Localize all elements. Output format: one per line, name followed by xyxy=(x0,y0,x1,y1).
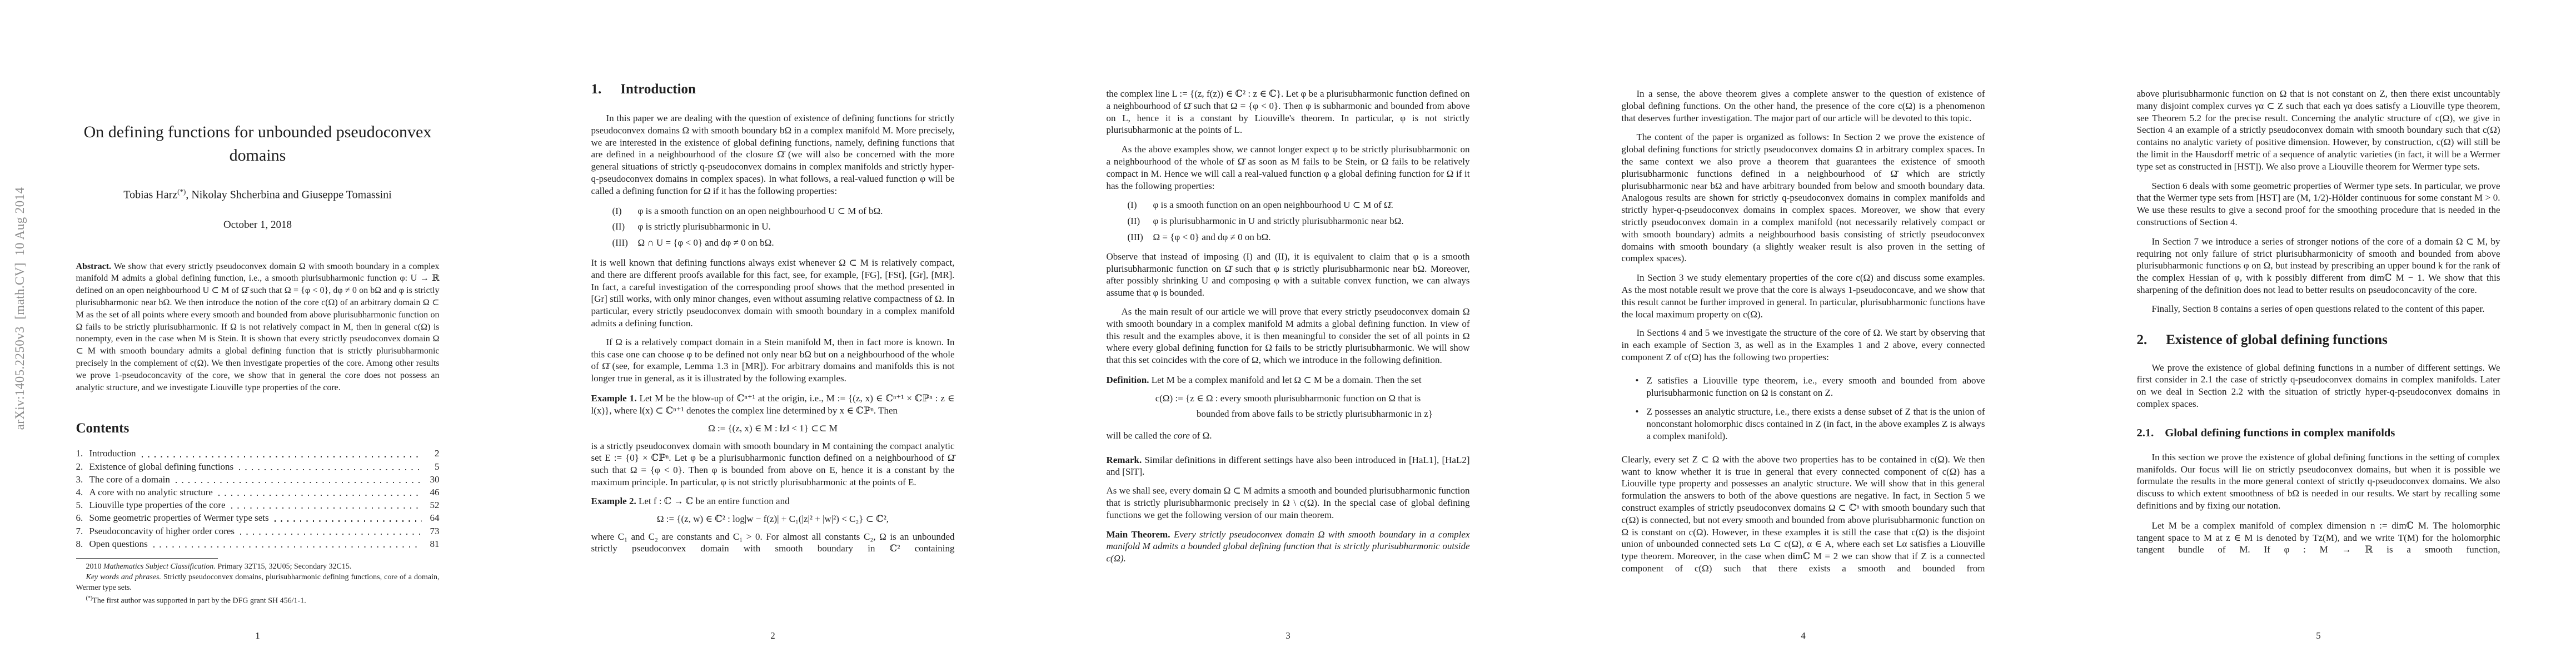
paragraph: In this paper we are dealing with the qu… xyxy=(591,112,955,197)
section-title: Introduction xyxy=(620,82,696,97)
authors-line: Tobias Harz(*), Nikolay Shcherbina and G… xyxy=(76,185,440,202)
toc-dot-leader xyxy=(239,469,421,470)
toc-row: 2.Existence of global defining functions… xyxy=(76,460,440,473)
author-name: Tobias Harz xyxy=(123,189,177,201)
text: of Ω. xyxy=(1190,430,1212,441)
toc-entry-number: 4. xyxy=(76,486,89,499)
toc-page-number: 30 xyxy=(426,473,440,486)
paragraph: In Section 7 we introduce a series of st… xyxy=(2137,236,2500,296)
toc-page-number: 46 xyxy=(426,486,440,499)
page-5: above plurisubharmonic function on Ω tha… xyxy=(2061,0,2576,667)
example-label: Example 1. xyxy=(591,393,637,404)
date-line: October 1, 2018 xyxy=(76,218,440,232)
toc-dot-leader xyxy=(176,482,422,483)
paragraph: It is well known that defining functions… xyxy=(591,257,955,330)
item-text: φ is a smooth function on an open neighb… xyxy=(638,205,955,217)
paragraph: will be called the core of Ω. xyxy=(1107,430,1470,442)
subsection-number: 2.1. xyxy=(2137,427,2154,439)
toc-entry-label: Some geometric properties of Wermer type… xyxy=(89,511,269,524)
page-1: arXiv:1405.2250v3 [math.CV] 10 Aug 2014 … xyxy=(0,0,515,667)
example-paragraph: Example 2. Let f : ℂ → ℂ be an entire fu… xyxy=(591,495,955,507)
author-names-rest: , Nikolay Shcherbina and Giuseppe Tomass… xyxy=(186,189,391,201)
item-text: Ω ∩ U = {φ < 0} and dφ ≠ 0 on bΩ. xyxy=(638,237,955,249)
bullet-text: Z satisfies a Liouville type theorem, i.… xyxy=(1647,375,1985,399)
paragraph: In Section 3 we study elementary propert… xyxy=(1622,272,1985,320)
bullet-marker xyxy=(1636,406,1647,442)
main-theorem-paragraph: Main Theorem. Every strictly pseudoconve… xyxy=(1107,529,1470,565)
paper-title: On defining functions for unbounded pseu… xyxy=(76,121,440,167)
toc-page-number: 73 xyxy=(426,525,440,537)
item-text: φ is a smooth function on an open neighb… xyxy=(1153,199,1470,211)
subsection-heading: 2.1.Global defining functions in complex… xyxy=(2137,426,2500,440)
subsection-title: Global defining functions in complex man… xyxy=(2165,427,2395,439)
paragraph: where C₁ and C₂ are constants and C₁ > 0… xyxy=(591,531,955,555)
list-item-roman: (II)φ is strictly plurisubharmonic in U. xyxy=(591,221,955,233)
toc-entry-label: The core of a domain xyxy=(89,473,170,486)
bullet-item: Z satisfies a Liouville type theorem, i.… xyxy=(1622,375,1985,399)
footnote-text: The first author was supported in part b… xyxy=(92,597,306,605)
list-item-roman: (I)φ is a smooth function on an open nei… xyxy=(591,205,955,217)
display-equation: Ω := {(z, x) ∈ M : ‖z‖ < 1} ⊂⊂ M xyxy=(591,422,955,435)
text: will be called the xyxy=(1107,430,1174,441)
toc-entry-label: Liouville type properties of the core xyxy=(89,499,226,511)
footnote-em: Mathematics Subject Classification. xyxy=(103,563,216,571)
toc-page-number: 5 xyxy=(426,460,440,473)
section-number: 1. xyxy=(591,82,602,97)
arxiv-stamp: arXiv:1405.2250v3 [math.CV] 10 Aug 2014 xyxy=(13,187,27,430)
paragraph: above plurisubharmonic function on Ω tha… xyxy=(2137,88,2500,173)
toc-dot-leader xyxy=(275,520,422,521)
page-number: 1 xyxy=(0,630,515,641)
page-3: the complex line L := {(z, f(z)) ∈ ℂ² : … xyxy=(1030,0,1546,667)
remark-text: Similar definitions in different setting… xyxy=(1107,455,1470,477)
definition-paragraph: Definition. Let M be a complex manifold … xyxy=(1107,374,1470,386)
paragraph: Section 6 deals with some geometric prop… xyxy=(2137,180,2500,228)
footnote-text: 2010 xyxy=(86,563,104,571)
item-label: (III) xyxy=(612,237,638,249)
toc-entry-number: 8. xyxy=(76,537,89,550)
toc-entry-label: Open questions xyxy=(89,537,148,550)
bullet-marker xyxy=(1636,375,1647,399)
toc-dot-leader xyxy=(240,534,421,535)
toc-dot-leader xyxy=(153,546,422,547)
toc-entry-number: 6. xyxy=(76,511,89,524)
toc-row: 1.Introduction2 xyxy=(76,447,440,460)
paragraph: If Ω is a relatively compact domain in a… xyxy=(591,336,955,385)
toc-entry-label: Pseudoconcavity of higher order cores xyxy=(89,525,235,537)
section-title: Existence of global defining functions xyxy=(2166,332,2388,347)
author-footnote-marker: (*) xyxy=(177,187,186,196)
toc-row: 3.The core of a domain30 xyxy=(76,473,440,486)
toc-page-number: 81 xyxy=(426,537,440,550)
toc-entry-label: Existence of global defining functions xyxy=(89,460,234,473)
display-equation: c(Ω) := {z ∈ Ω : every smooth plurisubha… xyxy=(1107,391,1470,422)
toc-dot-leader xyxy=(142,456,422,457)
toc-page-number: 64 xyxy=(426,511,440,524)
definition-text: Let M be a complex manifold and let Ω ⊂ … xyxy=(1149,375,1421,385)
toc-entry-number: 5. xyxy=(76,499,89,511)
page-number: 4 xyxy=(1546,630,2061,641)
equation-line-2: bounded from above fails to be strictly … xyxy=(1107,406,1470,422)
list-item-roman: (III)Ω ∩ U = {φ < 0} and dφ ≠ 0 on bΩ. xyxy=(591,237,955,249)
paragraph: As the main result of our article we wil… xyxy=(1107,306,1470,366)
paragraph: As we shall see, every domain Ω ⊂ M admi… xyxy=(1107,485,1470,521)
toc-row: 8.Open questions81 xyxy=(76,537,440,550)
section-number: 2. xyxy=(2137,332,2148,347)
toc-dot-leader xyxy=(231,507,422,509)
item-label: (II) xyxy=(612,221,638,233)
paragraph: Observe that instead of imposing (I) and… xyxy=(1107,251,1470,299)
display-equation: Ω := {(z, w) ∈ ℂ² : log|w − f(z)| + C₁(|… xyxy=(591,513,955,525)
item-text: φ is plurisubharmonic in U and strictly … xyxy=(1153,215,1470,227)
bullet-item: Z possesses an analytic structure, i.e.,… xyxy=(1622,406,1985,442)
page-number: 3 xyxy=(1030,630,1546,641)
page-4: In a sense, the above theorem gives a co… xyxy=(1546,0,2061,667)
paragraph: The content of the paper is organized as… xyxy=(1622,131,1985,265)
toc-entry-number: 2. xyxy=(76,460,89,473)
toc-entry-label: A core with no analytic structure xyxy=(89,486,213,499)
toc-page-number: 52 xyxy=(426,499,440,511)
toc-entry-number: 1. xyxy=(76,447,89,460)
em-text: core xyxy=(1173,430,1190,441)
paragraph: We prove the existence of global definin… xyxy=(2137,362,2500,410)
footnote-em: Key words and phrases. xyxy=(86,573,161,581)
equation-line-1: c(Ω) := {z ∈ Ω : every smooth plurisubha… xyxy=(1107,391,1470,406)
paragraph: Finally, Section 8 contains a series of … xyxy=(2137,303,2500,315)
item-text: φ is strictly plurisubharmonic in U. xyxy=(638,221,955,233)
toc-row: 6.Some geometric properties of Wermer ty… xyxy=(76,511,440,524)
abstract-text: We show that every strictly pseudoconvex… xyxy=(76,262,440,392)
paragraph: As the above examples show, we cannot lo… xyxy=(1107,143,1470,192)
abstract-label: Abstract. xyxy=(76,262,112,271)
paper-title-line-1: On defining functions for unbounded pseu… xyxy=(76,121,440,144)
abstract: Abstract. We show that every strictly ps… xyxy=(76,261,440,394)
item-text: Ω = {φ < 0} and dφ ≠ 0 on bΩ. xyxy=(1153,231,1470,243)
paragraph: is a strictly pseudoconvex domain with s… xyxy=(591,440,955,489)
paragraph: the complex line L := {(z, f(z)) ∈ ℂ² : … xyxy=(1107,88,1470,136)
item-label: (II) xyxy=(1128,215,1153,227)
list-item-roman: (II)φ is plurisubharmonic in U and stric… xyxy=(1107,215,1470,227)
paragraph: In Sections 4 and 5 we investigate the s… xyxy=(1622,327,1985,363)
example-text: Let f : ℂ → ℂ be an entire function and xyxy=(636,496,790,506)
page-number: 2 xyxy=(515,630,1030,641)
paragraph: Let M be a complex manifold of complex d… xyxy=(2137,520,2500,556)
definition-label: Definition. xyxy=(1107,375,1149,385)
section-heading: 2.Existence of global defining functions xyxy=(2137,332,2500,349)
example-text: Let M be the blow-up of ℂⁿ⁺¹ at the orig… xyxy=(591,393,955,416)
remark-paragraph: Remark. Similar definitions in different… xyxy=(1107,454,1470,479)
remark-label: Remark. xyxy=(1107,455,1142,465)
list-item-roman: (I)φ is a smooth function on an open nei… xyxy=(1107,199,1470,211)
page-2: 1.Introduction In this paper we are deal… xyxy=(515,0,1030,667)
toc-entry-number: 7. xyxy=(76,525,89,537)
toc-row: 4.A core with no analytic structure46 xyxy=(76,486,440,499)
item-label: (III) xyxy=(1128,231,1153,243)
toc-row: 7.Pseudoconcavity of higher order cores7… xyxy=(76,525,440,537)
footnote-support: (*)The first author was supported in par… xyxy=(76,593,440,606)
toc-dot-leader xyxy=(218,495,422,496)
footnote-keywords: Key words and phrases. Strictly pseudoco… xyxy=(76,572,440,593)
footnotes: 2010 Mathematics Subject Classification.… xyxy=(76,561,440,606)
toc-page-number: 2 xyxy=(426,447,440,460)
paragraph: In a sense, the above theorem gives a co… xyxy=(1622,88,1985,124)
item-label: (I) xyxy=(1128,199,1153,211)
toc-row: 5.Liouville type properties of the core5… xyxy=(76,499,440,511)
paragraph: Clearly, every set Z ⊂ Ω with the above … xyxy=(1622,454,1985,575)
section-heading: 1.Introduction xyxy=(591,81,955,98)
footnote-marker: (*) xyxy=(86,595,93,601)
example-paragraph: Example 1. Let M be the blow-up of ℂⁿ⁺¹ … xyxy=(591,392,955,417)
table-of-contents: 1.Introduction2 2.Existence of global de… xyxy=(76,447,440,550)
footnote-msc: 2010 Mathematics Subject Classification.… xyxy=(76,561,440,572)
paper-title-line-2: domains xyxy=(76,144,440,167)
footnote-text: Primary 32T15, 32U05; Secondary 32C15. xyxy=(216,563,352,571)
paragraph: In this section we prove the existence o… xyxy=(2137,451,2500,512)
contents-heading: Contents xyxy=(76,420,440,437)
bullet-text: Z possesses an analytic structure, i.e.,… xyxy=(1647,406,1985,442)
toc-entry-label: Introduction xyxy=(89,447,136,460)
item-label: (I) xyxy=(612,205,638,217)
list-item-roman: (III)Ω = {φ < 0} and dφ ≠ 0 on bΩ. xyxy=(1107,231,1470,243)
theorem-label: Main Theorem. xyxy=(1107,529,1170,540)
example-label: Example 2. xyxy=(591,496,636,506)
footnote-rule xyxy=(76,558,218,559)
page-number: 5 xyxy=(2061,630,2576,641)
toc-entry-number: 3. xyxy=(76,473,89,486)
